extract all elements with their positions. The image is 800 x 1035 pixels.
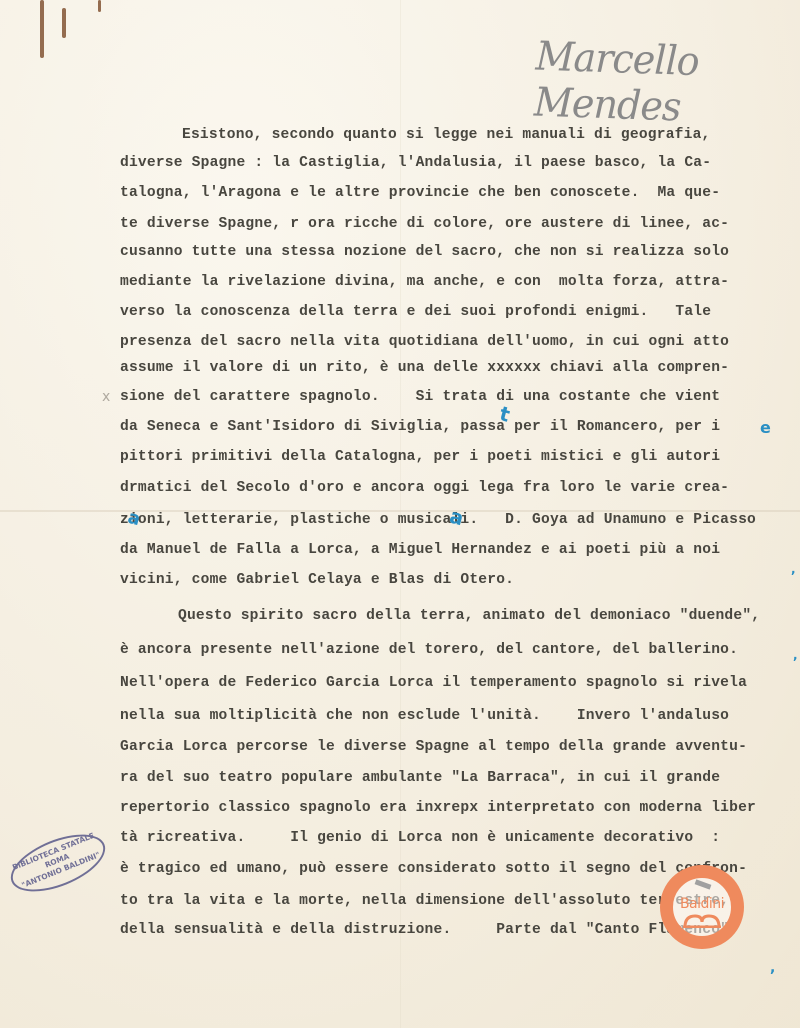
text-line: verso la conoscenza della terra e dei su… (120, 304, 711, 320)
text-line: nella sua moltiplicità che non esclude l… (120, 708, 729, 724)
text-line: diverse Spagne : la Castiglia, l'Andalus… (120, 155, 711, 171)
text-line: drmatici del Secolo d'oro e ancora oggi … (120, 480, 729, 496)
text-line: mediante la rivelazione divina, ma anche… (120, 274, 729, 290)
correction-mark: , (770, 960, 775, 976)
text-line: talogna, l'Aragona e le altre provincie … (120, 185, 720, 201)
text-line: da Manuel de Falla a Lorca, a Miguel Her… (120, 542, 720, 558)
text-line: presenza del sacro nella vita quotidiana… (120, 334, 729, 350)
text-line: pittori primitivi della Catalogna, per i… (120, 449, 720, 465)
text-line: te diverse Spagne, r ora ricche di color… (120, 216, 729, 232)
logo-bar-icon (695, 879, 712, 889)
correction-mark: , (791, 562, 796, 576)
text-line: da Seneca e Sant'Isidoro di Siviglia, pa… (120, 419, 720, 435)
text-line: Nell'opera de Federico Garcia Lorca il t… (120, 675, 747, 691)
text-line: Esistono, secondo quanto si legge nei ma… (182, 127, 711, 143)
baldini-watermark-logo: Baldini (660, 865, 744, 949)
text-line: della sensualità e della distruzione. Pa… (120, 922, 738, 938)
text-line: vicini, come Gabriel Celaya e Blas di Ot… (120, 572, 514, 588)
page-bottom-edge (0, 1028, 800, 1035)
text-line: sione del carattere spagnolo. Si trata d… (120, 389, 720, 405)
text-line: assume il valore di un rito, è una delle… (120, 360, 729, 376)
text-line: to tra la vita e la morte, nella dimensi… (120, 893, 729, 909)
text-line: repertorio classico spagnolo era inxrepx… (120, 800, 756, 816)
correction-mark: e (760, 418, 771, 437)
text-line: è tragico ed umano, può essere considera… (120, 861, 747, 877)
text-line: Questo spirito sacro della terra, animat… (178, 608, 760, 624)
text-line: ra del suo teatro populare ambulante "La… (120, 770, 720, 786)
text-line: zioni, letterarie, plastiche o musicali.… (120, 512, 756, 528)
text-line: è ancora presente nell'azione del torero… (120, 642, 738, 658)
margin-x-mark: x (102, 389, 110, 405)
text-line: tà ricreativa. Il genio di Lorca non è u… (120, 830, 720, 846)
watermark-label: Baldini (673, 896, 731, 912)
correction-mark: , (793, 648, 798, 662)
text-line: Garcia Lorca percorse le diverse Spagne … (120, 739, 747, 755)
text-line: cusanno tutte una stessa nozione del sac… (120, 244, 729, 260)
open-book-icon (683, 914, 721, 928)
